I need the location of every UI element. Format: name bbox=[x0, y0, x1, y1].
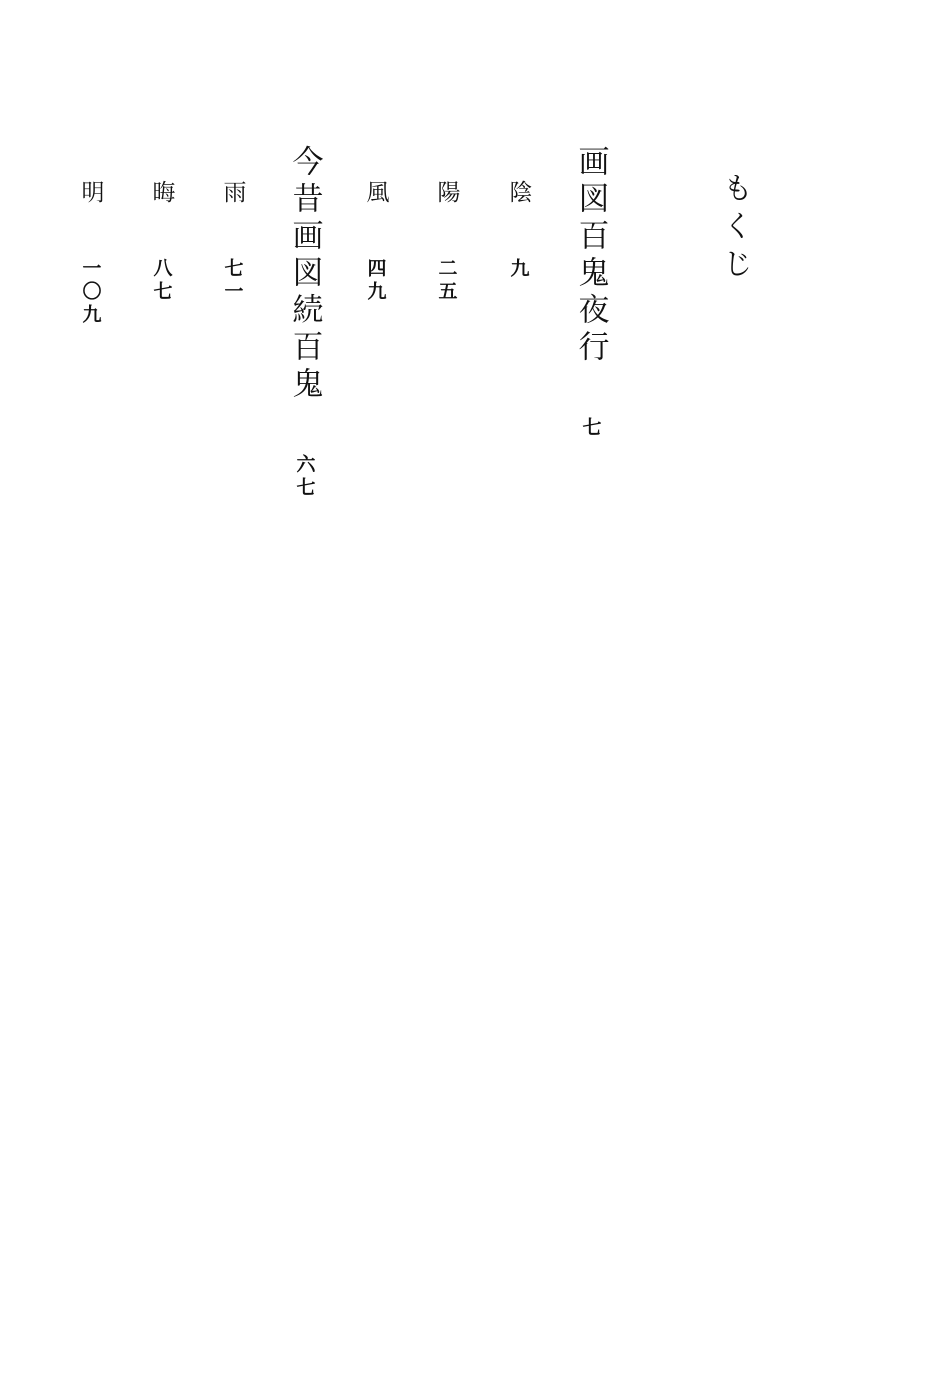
toc-item-mei[interactable]: 明 一〇九 bbox=[70, 180, 110, 327]
page-number: 九 bbox=[509, 258, 528, 281]
page-number: 二五 bbox=[437, 258, 456, 304]
page-number: 八七 bbox=[152, 258, 171, 304]
page-number: 七一 bbox=[223, 258, 242, 304]
toc-item-in[interactable]: 陰 九 bbox=[498, 180, 538, 281]
toc-item-you[interactable]: 陽 二五 bbox=[426, 180, 466, 304]
item-label: 晦 bbox=[150, 180, 173, 203]
toc-item-fuu[interactable]: 風 四九 bbox=[355, 180, 395, 304]
toc-item-ame[interactable]: 雨 七一 bbox=[212, 180, 252, 304]
section-heading-1[interactable]: 画図百鬼夜行 七 bbox=[570, 145, 610, 440]
section-title: 画図百鬼夜行 bbox=[575, 145, 606, 367]
toc-item-kai[interactable]: 晦 八七 bbox=[141, 180, 181, 304]
item-label: 風 bbox=[364, 180, 387, 203]
item-label: 陰 bbox=[507, 180, 530, 203]
section-heading-2[interactable]: 今昔画図続百鬼 六七 bbox=[284, 145, 324, 500]
section-title: 今昔画図続百鬼 bbox=[289, 145, 320, 404]
page-number: 七 bbox=[581, 417, 600, 440]
item-label: 明 bbox=[79, 180, 102, 203]
page-number: 六七 bbox=[295, 454, 314, 500]
page-number: 四九 bbox=[366, 258, 385, 304]
toc-title-column: もくじ bbox=[714, 172, 754, 286]
page-number: 一〇九 bbox=[81, 258, 100, 327]
item-label: 陽 bbox=[435, 180, 458, 203]
item-label: 雨 bbox=[221, 180, 244, 203]
toc-title: もくじ bbox=[719, 172, 749, 286]
